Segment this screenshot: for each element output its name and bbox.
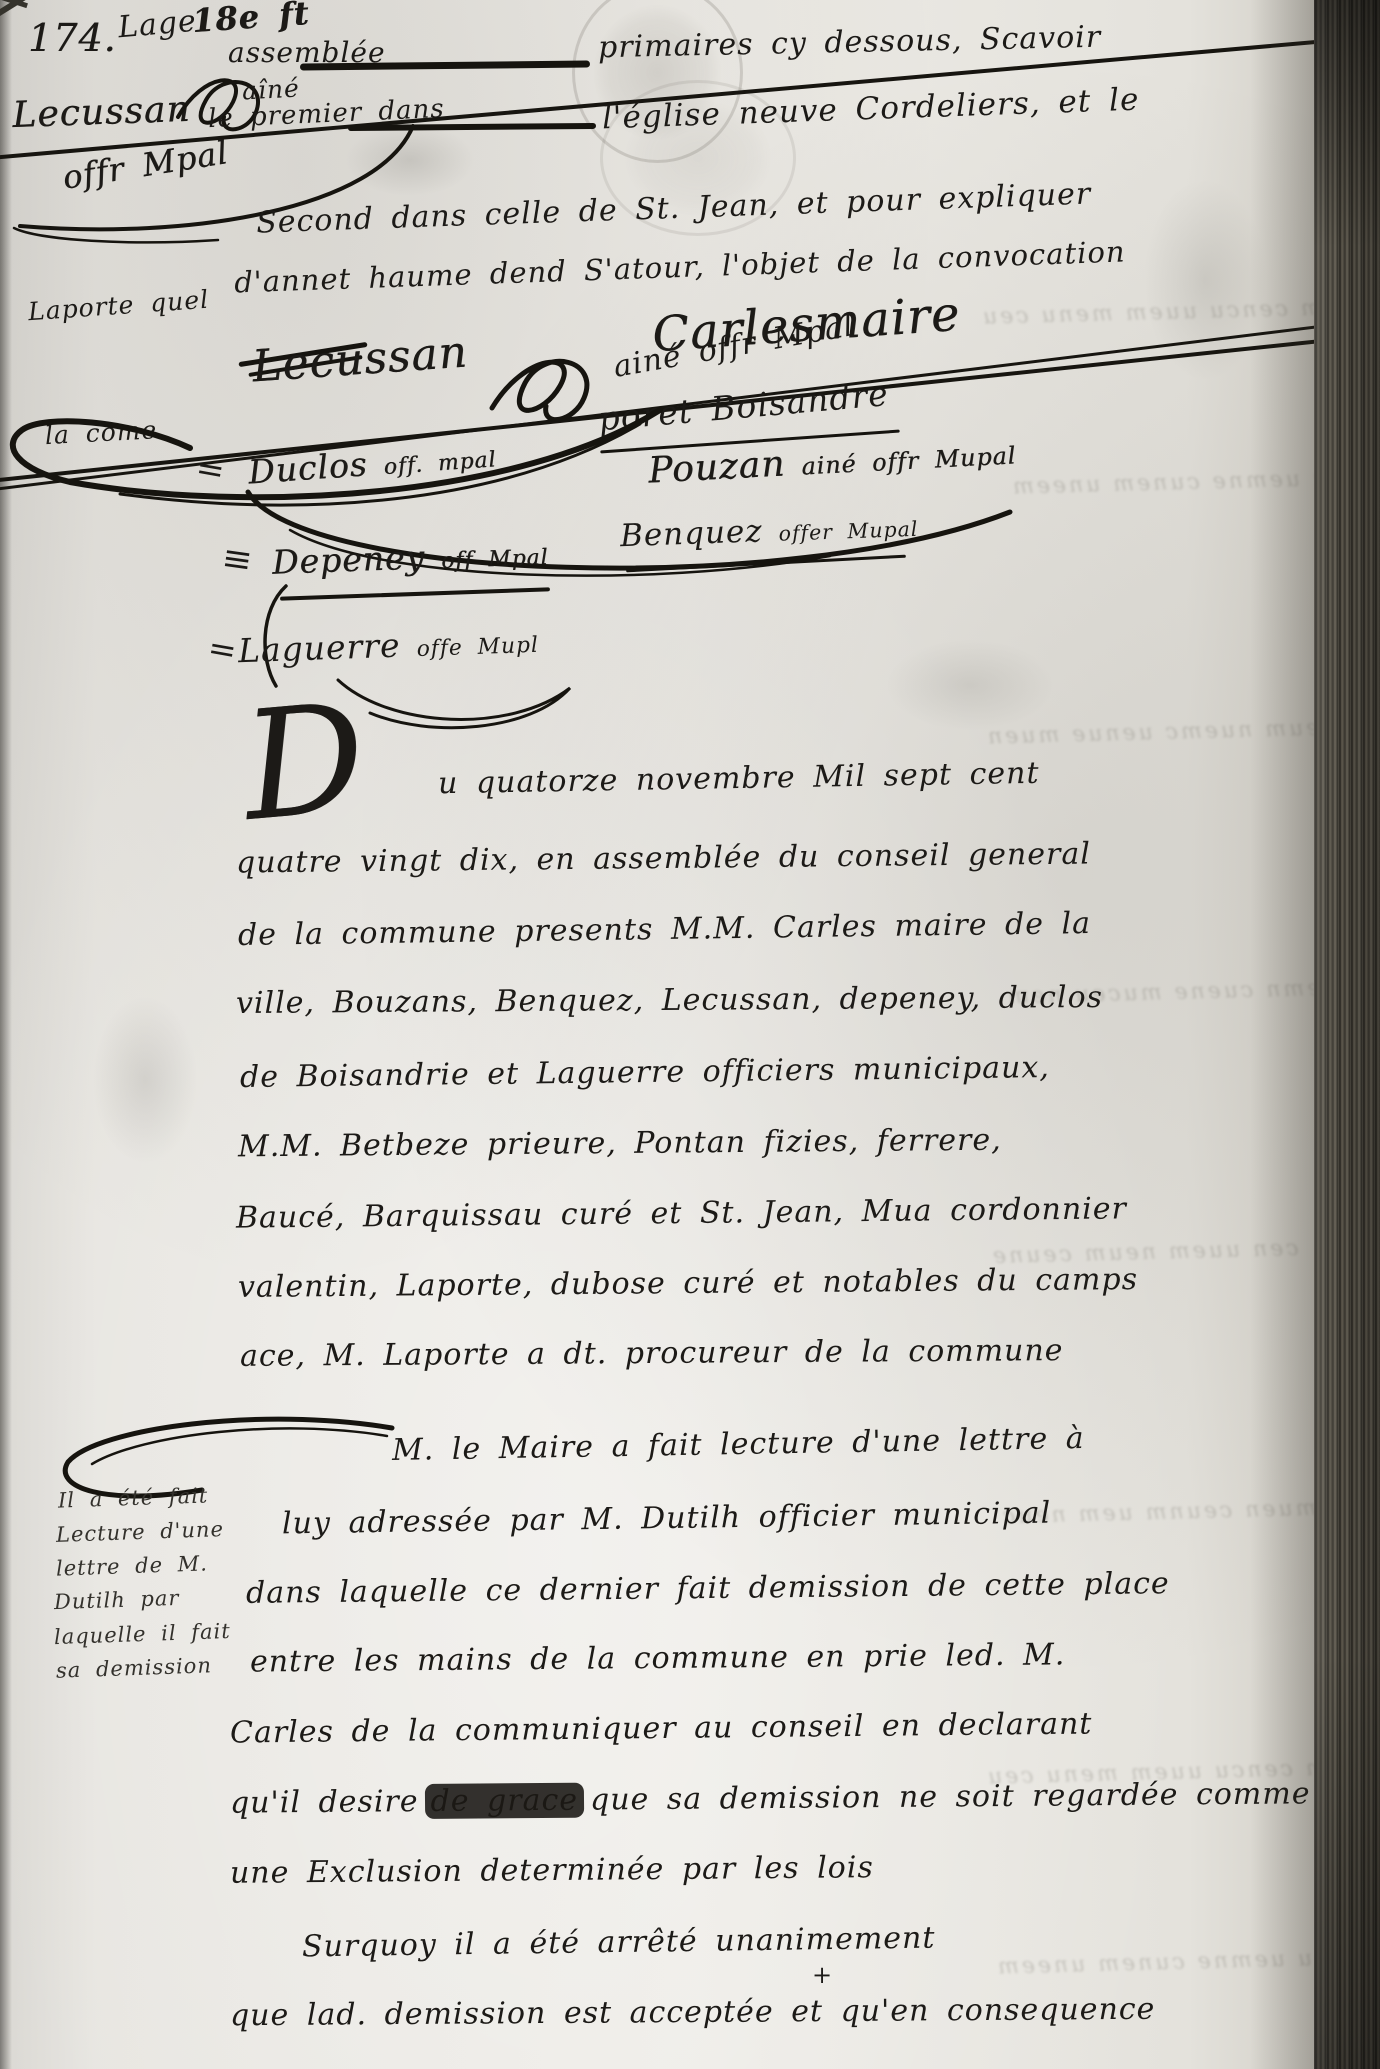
margin-laporte: Laporte quel (27, 286, 210, 326)
margin-note-line: Dutilh par (54, 1587, 180, 1614)
body-line: Surquoy il a été arrêté unanimement (302, 1922, 936, 1964)
signature-lecussan-name: Lecussan (251, 329, 470, 392)
body-line: de Boisandrie et Laguerre officiers muni… (240, 1051, 1050, 1094)
signature-name: Pouzan (647, 443, 786, 491)
margin-note-line: sa demission (56, 1654, 213, 1683)
signature-suffix: offe Mupl (416, 633, 539, 662)
body-line: M.M. Betbeze prieure, Pontan fizies, fer… (238, 1124, 1002, 1164)
signature-suffix: offer Mupal (778, 517, 918, 546)
body-line-pre: qu'il desire (230, 1784, 419, 1821)
body-line: une Exclusion determinée par les lois (230, 1851, 874, 1890)
body-line: dans laquelle ce dernier fait demission … (246, 1567, 1170, 1610)
drop-initial: D (238, 683, 372, 843)
signature-name: Laguerre (237, 626, 401, 671)
body-line: quatre vingt dix, en assemblée du consei… (236, 838, 1091, 880)
body-line: que lad. demission est acceptée et qu'en… (230, 1993, 1156, 2032)
signature-name: Depeney (271, 537, 425, 581)
signature-name: Benquez (619, 513, 763, 554)
plus-mark: + (812, 1962, 833, 1988)
body-line: de la commune presents M.M. Carles maire… (238, 907, 1091, 952)
scribbled-word: de grace (424, 1783, 584, 1819)
flourish-swash (330, 668, 580, 738)
book-binding-edge (1314, 0, 1380, 2069)
body-line: ace, M. Laporte a dt. procureur de la co… (240, 1334, 1064, 1373)
margin-note-line: laquelle il fait (54, 1620, 231, 1649)
signature-suffix (975, 301, 978, 337)
manuscript-page: um cencu uuem menu ceu neu uemne cunem u… (0, 0, 1380, 2069)
body-line: valentin, Laporte, dubose curé et notabl… (238, 1263, 1138, 1304)
signature-laguerre: Laguerreoffe Mupl (237, 623, 539, 670)
body-line: Baucé, Barquissau curé et St. Jean, Mua … (236, 1192, 1127, 1234)
binding-shadow (1250, 0, 1314, 2069)
body-line-post: que sa demission ne soit regardée comme (590, 1776, 1311, 1817)
body-line: M. le Maire a fait lecture d'une lettre … (392, 1422, 1085, 1467)
corner-note: Lage (117, 5, 198, 45)
paraph-mark: ≡ (219, 538, 255, 582)
scan-left-edge (0, 0, 12, 2069)
fee-note: 18e ft (191, 0, 311, 39)
body-line: entre les mains de la commune en prie le… (250, 1638, 1066, 1678)
margin-note-line: lettre de M. (56, 1552, 209, 1580)
body-line-with-strike: qu'il desirede graceque sa demission ne … (230, 1777, 1311, 1819)
body-line: ville, Bouzans, Benquez, Lecussan, depen… (236, 981, 1103, 1020)
paper-smudge (70, 960, 220, 1200)
margin-note-line: Lecture d'une (56, 1518, 225, 1547)
signature-suffix: off Mpal (441, 545, 549, 574)
paraph-mark: = (205, 630, 241, 672)
page-number: 174. (28, 18, 117, 60)
body-line: Carles de la communiquer au conseil en d… (230, 1707, 1093, 1749)
body-line: u quatorze novembre Mil sept cent (438, 757, 1040, 800)
